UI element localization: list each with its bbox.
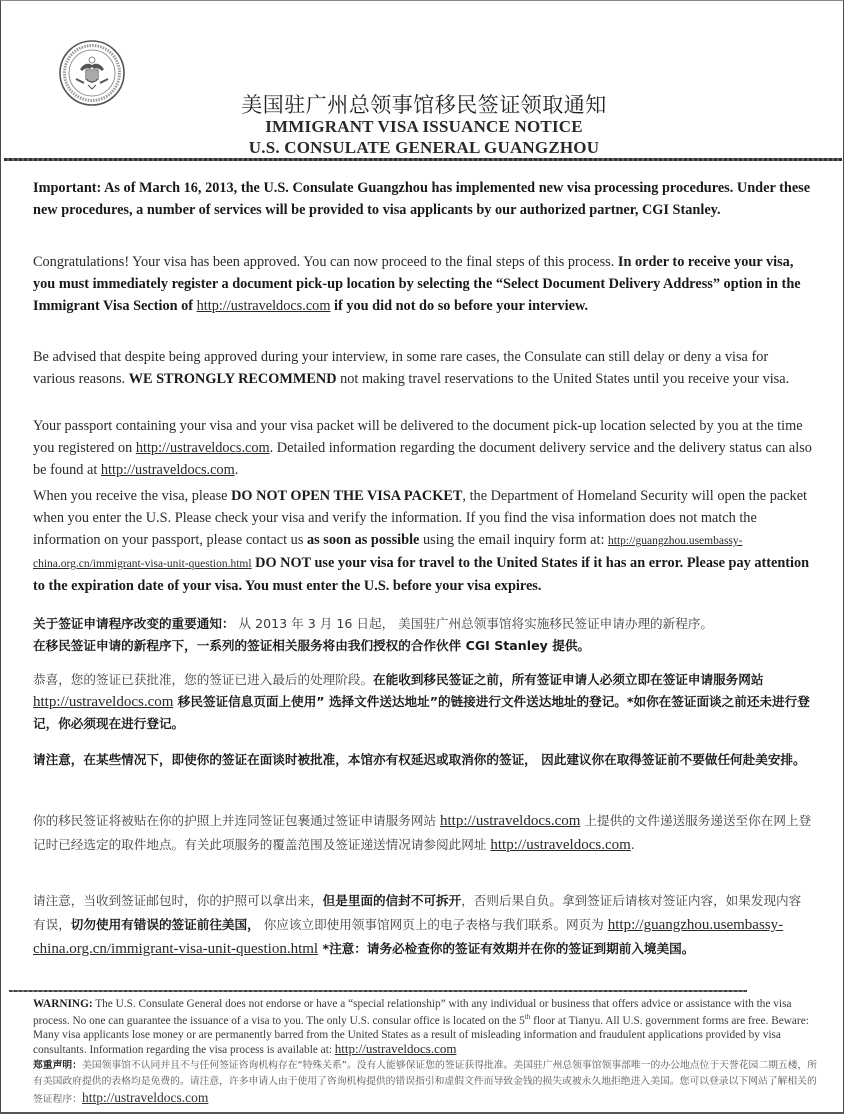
- congrats-instruction-end: if you did not do so before your intervi…: [330, 298, 588, 314]
- chinese-advised-paragraph: 请注意，在某些情况下，即使你的签证在面谈时被批准，本馆亦有权延迟或取消你的签证，…: [33, 749, 813, 771]
- receive-text: When you receive the visa, please: [33, 488, 231, 504]
- strongly-recommend: WE STRONGLY RECOMMEND: [129, 371, 337, 387]
- ustraveldocs-link[interactable]: http://ustraveldocs.com: [136, 440, 270, 456]
- english-congrats-paragraph: Congratulations! Your visa has been appr…: [33, 251, 813, 317]
- period: .: [631, 837, 635, 852]
- cn-expiration-warning: *注意：请务必检查你的签证有效期并在你的签证到期前入境美国。: [318, 941, 694, 956]
- chinese-important-paragraph: 关于签证申请程序改变的重要通知： 从 2013 年 3 月 16 日起， 美国驻…: [33, 613, 813, 657]
- ustraveldocs-link[interactable]: http://ustraveldocs.com: [490, 837, 630, 853]
- ustraveldocs-link[interactable]: http://ustraveldocs.com: [440, 813, 580, 829]
- warning-label: WARNING:: [33, 998, 93, 1010]
- cn-receive-contact: 你应该立即使用领事馆网页上的电子表格与我们联系。网页为: [260, 917, 608, 932]
- warning-divider: [9, 990, 747, 992]
- cn-advised-text: 请注意，在某些情况下，即使你的签证在面谈时被批准，本馆亦有权延迟或取消你的签证，…: [33, 752, 806, 767]
- english-receive-paragraph: When you receive the visa, please DO NOT…: [33, 485, 813, 597]
- cn-do-not-open: 但是里面的信封不可拆开: [323, 893, 462, 908]
- english-important-paragraph: Important: As of March 16, 2013, the U.S…: [33, 177, 813, 221]
- cn-warning-label: 郑重声明：: [33, 1060, 82, 1071]
- cn-passport-text: 你的移民签证将被贴在你的护照上并连同签证包裹通过签证申请服务网站: [33, 813, 440, 828]
- ustraveldocs-link[interactable]: http://ustraveldocs.com: [101, 462, 235, 478]
- period: .: [235, 462, 239, 478]
- ustraveldocs-link[interactable]: http://ustraveldocs.com: [82, 1090, 208, 1105]
- ustraveldocs-link[interactable]: http://ustraveldocs.com: [197, 298, 331, 314]
- cn-important-line2: 在移民签证申请的新程序下，一系列的签证相关服务将由我们授权的合作伙伴 CGI S…: [33, 638, 590, 653]
- as-soon-as-possible: as soon as possible: [307, 532, 419, 548]
- header-divider: [4, 158, 842, 161]
- advised-text-end: not making travel reservations to the Un…: [337, 371, 790, 387]
- cn-congrats-instruction: 在能收到移民签证之前，所有签证申请人必须立即在签证申请服务网站: [373, 672, 763, 687]
- cn-receive-text: 请注意，当收到签证邮包时，你的护照可以拿出来，: [33, 893, 323, 908]
- visa-issuance-notice-page: 美国驻广州总领事馆移民签证领取通知 IMMIGRANT VISA ISSUANC…: [0, 0, 844, 1114]
- cn-do-not-use: 切勿使用有错误的签证前往美国，: [71, 917, 260, 932]
- title-chinese: 美国驻广州总领事馆移民签证领取通知: [1, 89, 846, 119]
- ustraveldocs-link[interactable]: http://ustraveldocs.com: [335, 1041, 457, 1056]
- consulate-name: U.S. CONSULATE GENERAL GUANGZHOU: [1, 138, 846, 158]
- congrats-text: Congratulations! Your visa has been appr…: [33, 254, 618, 270]
- chinese-receive-paragraph: 请注意，当收到签证邮包时，你的护照可以拿出来，但是里面的信封不可拆开，否则后果自…: [33, 889, 813, 961]
- warning-section: WARNING: The U.S. Consulate General does…: [33, 998, 823, 1108]
- important-text: Important: As of March 16, 2013, the U.S…: [33, 180, 810, 218]
- do-not-open-warning: DO NOT OPEN THE VISA PACKET: [231, 488, 462, 504]
- cn-congrats-text: 恭喜，您的签证已获批准，您的签证已进入最后的处理阶段。: [33, 672, 373, 687]
- chinese-congrats-paragraph: 恭喜，您的签证已获批准，您的签证已进入最后的处理阶段。在能收到移民签证之前，所有…: [33, 669, 813, 735]
- cn-important-text: 从 2013 年 3 月 16 日起， 美国驻广州总领事馆将实施移民签证申请办理…: [235, 616, 714, 631]
- receive-text-form: using the email inquiry form at:: [419, 532, 608, 548]
- cn-important-label: 关于签证申请程序改变的重要通知：: [33, 616, 235, 631]
- ustraveldocs-link[interactable]: http://ustraveldocs.com: [33, 694, 173, 710]
- title-english: IMMIGRANT VISA ISSUANCE NOTICE: [1, 117, 846, 137]
- chinese-passport-paragraph: 你的移民签证将被贴在你的护照上并连同签证包裹通过签证申请服务网站 http://…: [33, 809, 813, 857]
- english-advised-paragraph: Be advised that despite being approved d…: [33, 346, 813, 390]
- english-passport-paragraph: Your passport containing your visa and y…: [33, 415, 813, 481]
